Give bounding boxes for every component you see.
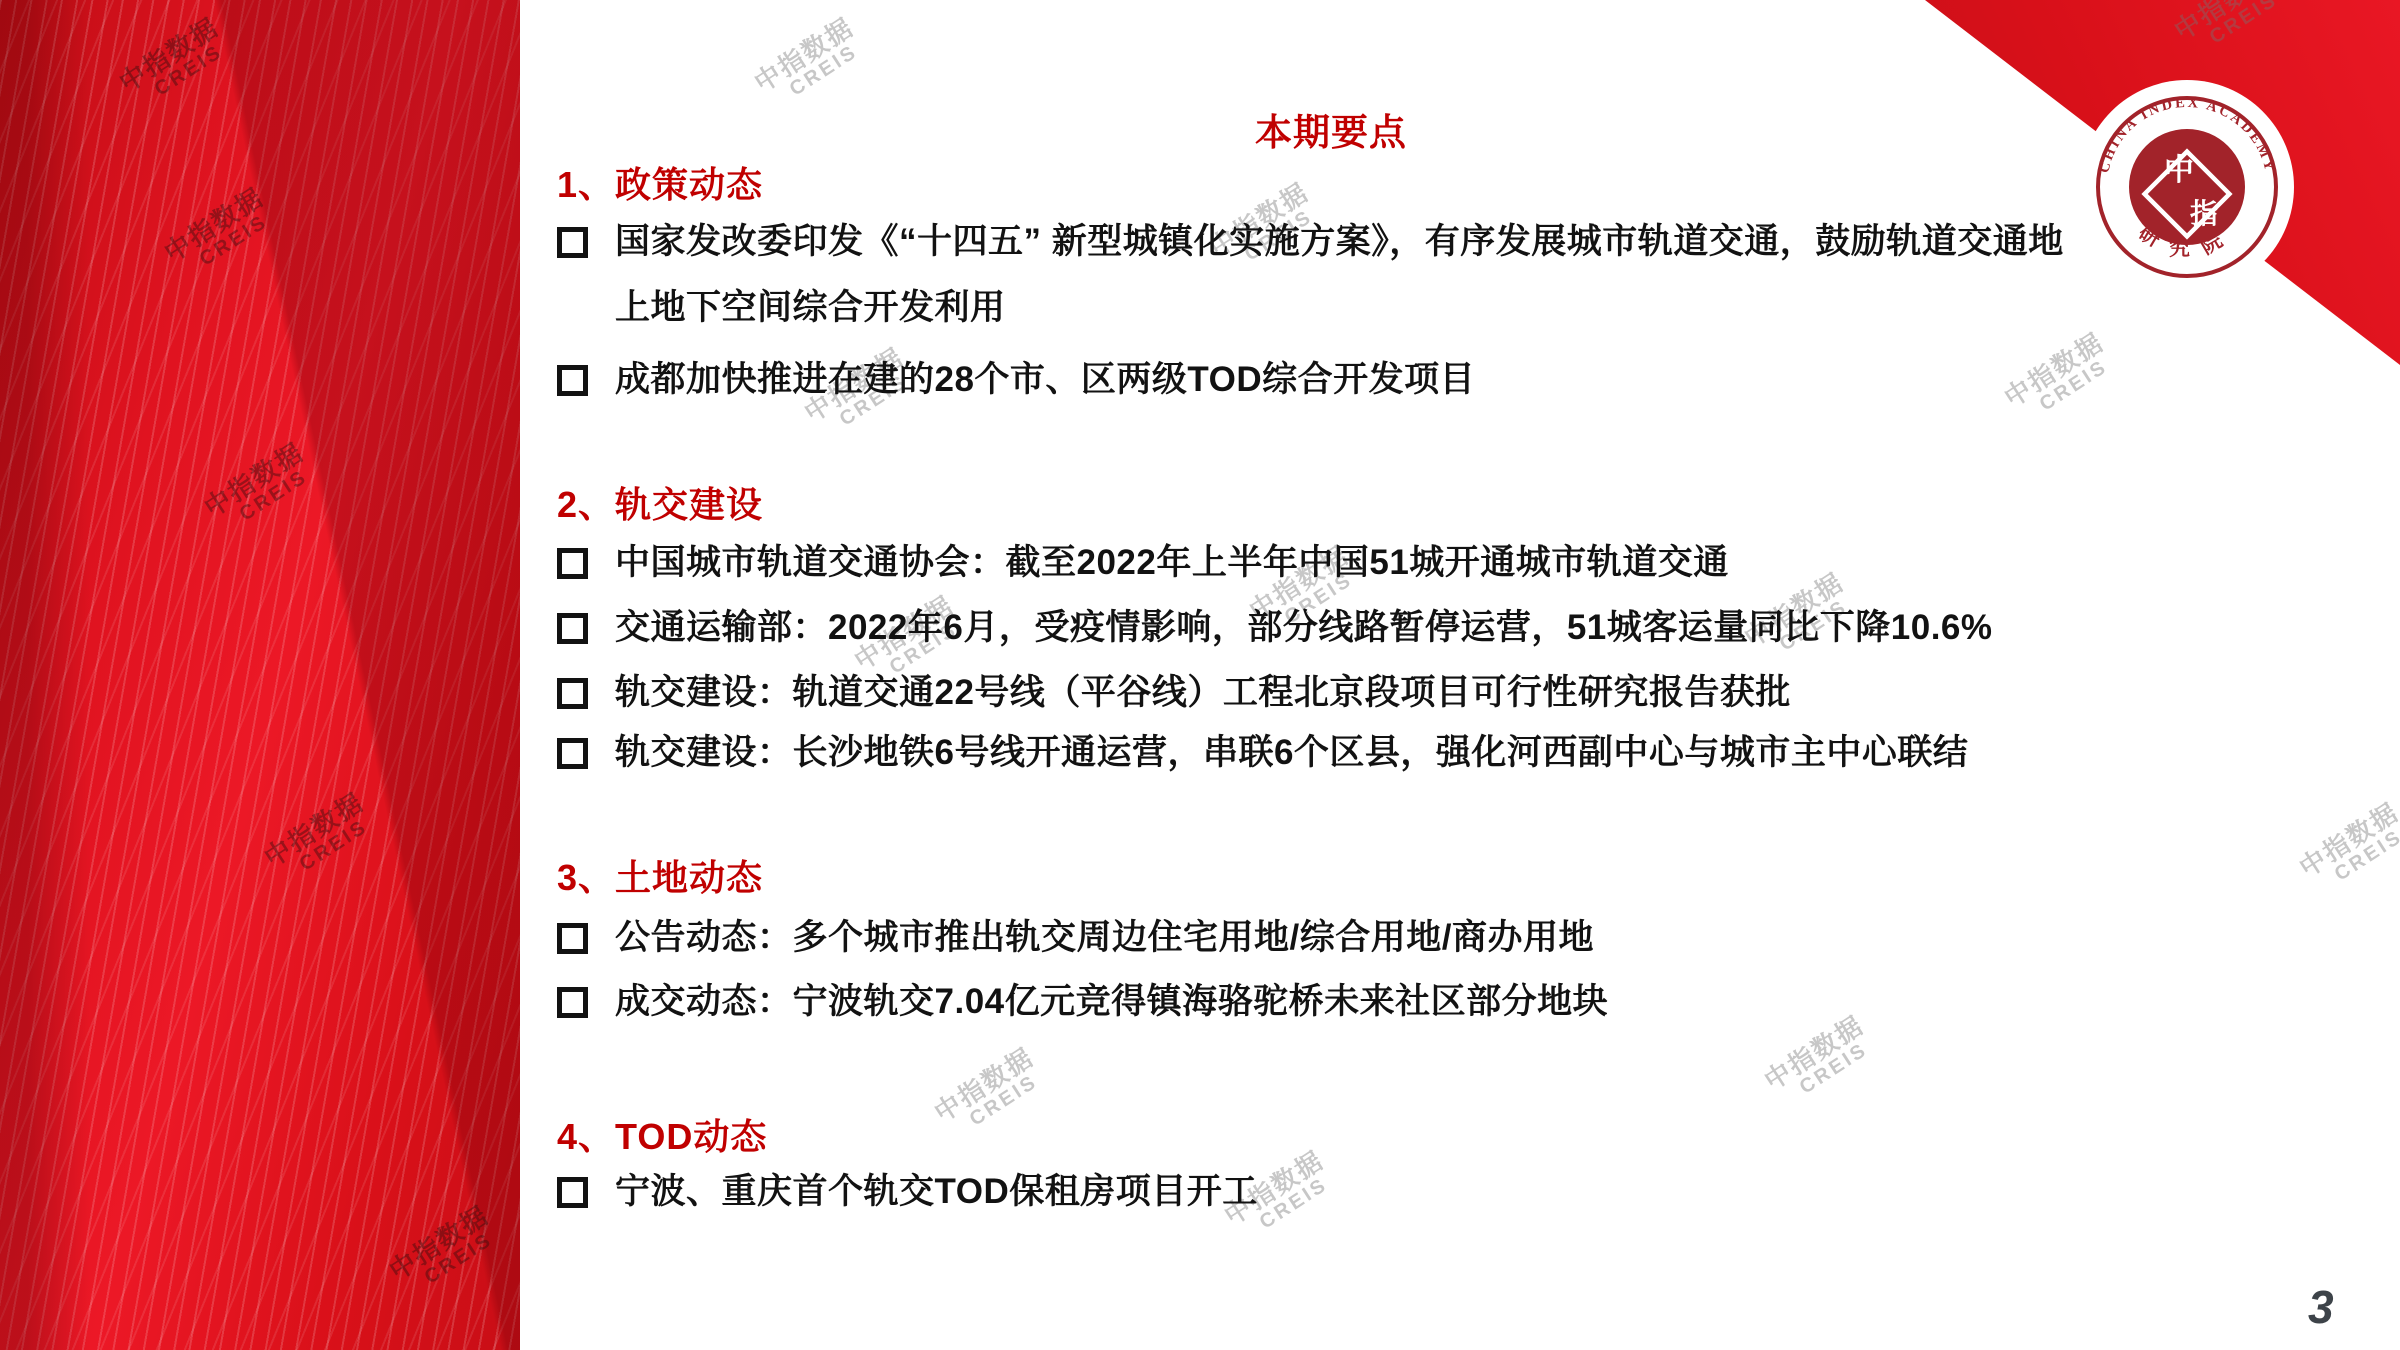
logo-inner-circle <box>2129 129 2245 245</box>
bullet-square-icon <box>557 987 588 1018</box>
bullet-text: 公告动态：多个城市推出轨交周边住宅用地/综合用地/商办用地 <box>615 918 1594 957</box>
page-title: 本期要点 <box>1255 102 1407 156</box>
bullet-item: 中国城市轨道交通协会：截至2022年上半年中国51城开通城市轨道交通 <box>557 543 1729 582</box>
bullet-text: 中国城市轨道交通协会：截至2022年上半年中国51城开通城市轨道交通 <box>615 543 1729 582</box>
bullet-item: 成交动态：宁波轨交7.04亿元竞得镇海骆驼桥未来社区部分地块 <box>557 982 1608 1021</box>
bullet-text: 轨交建设：长沙地铁6号线开通运营，串联6个区县，强化河西副中心与城市主中心联结 <box>615 733 1968 772</box>
section-2-heading: 2、轨交建设 <box>557 485 763 525</box>
bullet-text: 成都加快推进在建的28个市、区两级TOD综合开发项目 <box>615 360 1475 399</box>
china-index-academy-logo: CHINA INDEX ACADEMY 研究院 中 指 <box>2077 77 2297 297</box>
bullet-text: 宁波、重庆首个轨交TOD保租房项目开工 <box>615 1172 1258 1211</box>
bullet-square-icon <box>557 548 588 579</box>
bullet-item: 轨交建设：长沙地铁6号线开通运营，串联6个区县，强化河西副中心与城市主中心联结 <box>557 733 1968 772</box>
bullet-item: 轨交建设：轨道交通22号线（平谷线）工程北京段项目可行性研究报告获批 <box>557 673 1791 712</box>
bullet-text: 交通运输部：2022年6月，受疫情影响，部分线路暂停运营，51城客运量同比下降1… <box>615 608 1993 647</box>
watermark: 中指数据CREIS <box>1752 1006 1887 1117</box>
bullet-square-icon <box>557 1177 588 1208</box>
bullet-item: 公告动态：多个城市推出轨交周边住宅用地/综合用地/商办用地 <box>557 918 1594 957</box>
watermark: 中指数据CREIS <box>1992 323 2127 434</box>
watermark: 中指数据CREIS <box>922 1038 1057 1149</box>
bullet-item: 交通运输部：2022年6月，受疫情影响，部分线路暂停运营，51城客运量同比下降1… <box>557 608 1993 647</box>
bullet-square-icon <box>557 613 588 644</box>
bullet-item: 成都加快推进在建的28个市、区两级TOD综合开发项目 <box>557 360 1475 399</box>
bullet-item: 宁波、重庆首个轨交TOD保租房项目开工 <box>557 1172 1258 1211</box>
section-3-heading: 3、土地动态 <box>557 858 763 898</box>
bullet-continuation: 上地下空间综合开发利用 <box>615 288 1006 327</box>
bullet-square-icon <box>557 738 588 769</box>
bullet-text: 成交动态：宁波轨交7.04亿元竞得镇海骆驼桥未来社区部分地块 <box>615 982 1608 1021</box>
left-red-band <box>0 0 520 1350</box>
bullet-text: 国家发改委印发《“十四五” 新型城镇化实施方案》，有序发展城市轨道交通，鼓励轨道… <box>615 222 2064 261</box>
section-4-heading: 4、TOD动态 <box>557 1117 767 1157</box>
logo-char-zhong: 中 <box>2164 154 2194 187</box>
slide: 中指数据CREIS 中指数据CREIS 中指数据CREIS 中指数据CREIS … <box>0 0 2400 1350</box>
watermark: 中指数据CREIS <box>742 8 877 119</box>
logo-char-zhi: 指 <box>2190 198 2218 229</box>
section-1-heading: 1、政策动态 <box>557 165 763 205</box>
bullet-square-icon <box>557 923 588 954</box>
bullet-square-icon <box>557 227 588 258</box>
bullet-text: 上地下空间综合开发利用 <box>615 288 1006 327</box>
bullet-square-icon <box>557 365 588 396</box>
watermark: 中指数据CREIS <box>2287 793 2400 904</box>
page-number: 3 <box>2308 1280 2334 1334</box>
bullet-text: 轨交建设：轨道交通22号线（平谷线）工程北京段项目可行性研究报告获批 <box>615 673 1791 712</box>
bullet-square-icon <box>557 678 588 709</box>
bullet-item: 国家发改委印发《“十四五” 新型城镇化实施方案》，有序发展城市轨道交通，鼓励轨道… <box>557 222 2064 261</box>
